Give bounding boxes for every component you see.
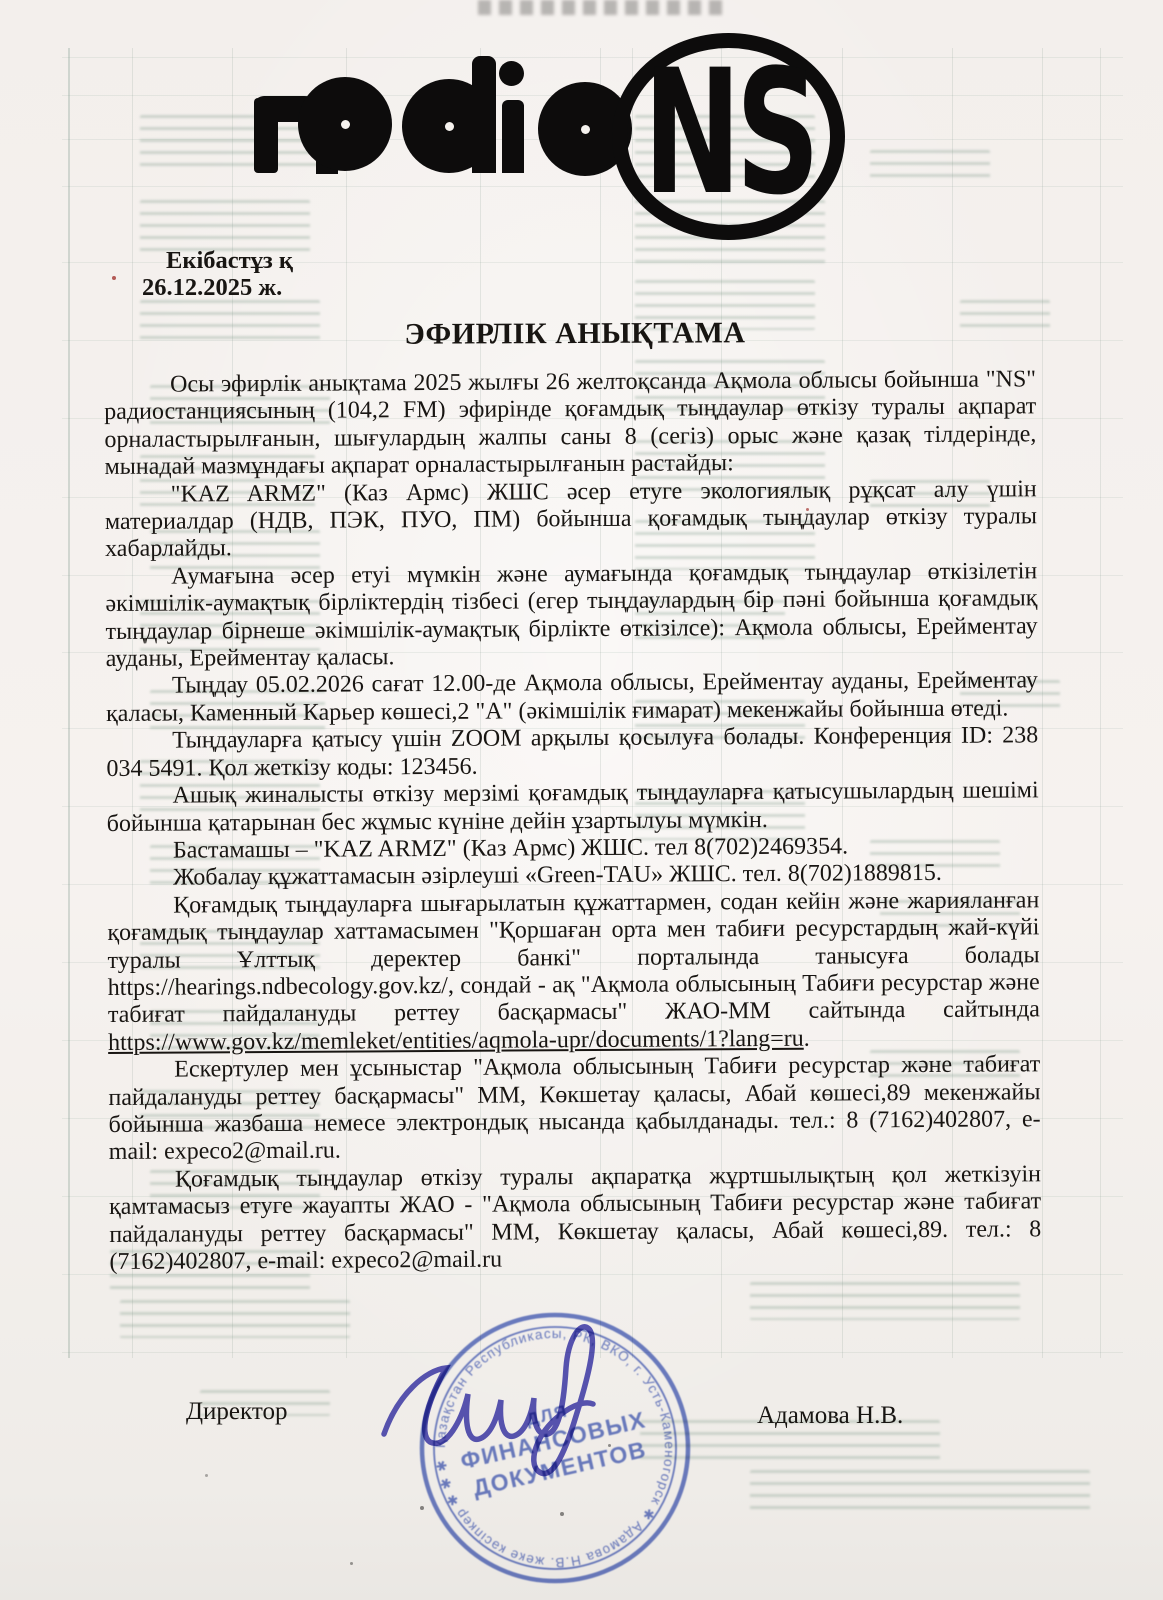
gov-kz-url: https://www.gov.kz/memleket/entities/aqm…	[108, 1025, 804, 1055]
paragraph-9-period: .	[804, 1025, 810, 1051]
city-line: Екібастұз қ	[142, 247, 293, 274]
handwritten-signature	[372, 1316, 662, 1496]
document-body: Осы эфирлік анықтама 2025 жылғы 26 желто…	[104, 366, 1042, 1276]
date-line: 26.12.2025 ж.	[142, 274, 293, 301]
logo-letter-i-dot	[499, 61, 524, 86]
signer-role: Директор	[186, 1398, 287, 1426]
signature-stroke	[384, 1327, 593, 1474]
radio-ns-logo: radio NS	[0, 0, 1163, 260]
paragraph-6: Ашық жиналысты өткізу мерзімі қоғамдық т…	[107, 777, 1039, 838]
logo-ns-circle: NS	[612, 33, 845, 240]
vinyl-pin-dot	[581, 125, 590, 134]
signer-name: Адамова Н.В.	[757, 1402, 903, 1430]
paragraph-5: Тыңдауларға қатысу үшін ZOOM арқылы қосы…	[106, 723, 1038, 784]
place-date-block: Екібастұз қ 26.12.2025 ж.	[142, 247, 293, 301]
paragraph-9-text: Қоғамдық тыңдауларға шығарылатын құжатта…	[107, 887, 1040, 1028]
logo-ns-text: NS	[643, 47, 814, 227]
vinyl-pin-dot	[341, 120, 350, 129]
paragraph-10: Ескертулер мен ұсыныстар "Ақмола облысын…	[108, 1051, 1041, 1166]
paragraph-3: Аумағына әсер етуі мүмкін және аумағында…	[105, 558, 1038, 673]
paragraph-4: Тыңдау 05.02.2026 сағат 12.00-де Ақмола …	[106, 668, 1038, 729]
paragraph-11: Қоғамдық тыңдаулар өткізу туралы ақпарат…	[109, 1161, 1042, 1276]
paragraph-9: Қоғамдық тыңдауларға шығарылатын құжатта…	[107, 887, 1040, 1057]
document-title: ЭФИРЛІК АНЫҚТАМА	[0, 314, 1150, 353]
vinyl-pin-dot	[445, 122, 454, 131]
logo-letter-i	[502, 100, 524, 173]
paragraph-1: Осы эфирлік анықтама 2025 жылғы 26 желто…	[104, 366, 1037, 481]
paragraph-2: "KAZ ARMZ" (Каз Армс) ЖШС әсер етуге эко…	[105, 476, 1037, 564]
scanned-document-page: radio NS Екібастұз қ 26.12.2025 ж. ЭФИРЛ…	[0, 0, 1163, 1600]
